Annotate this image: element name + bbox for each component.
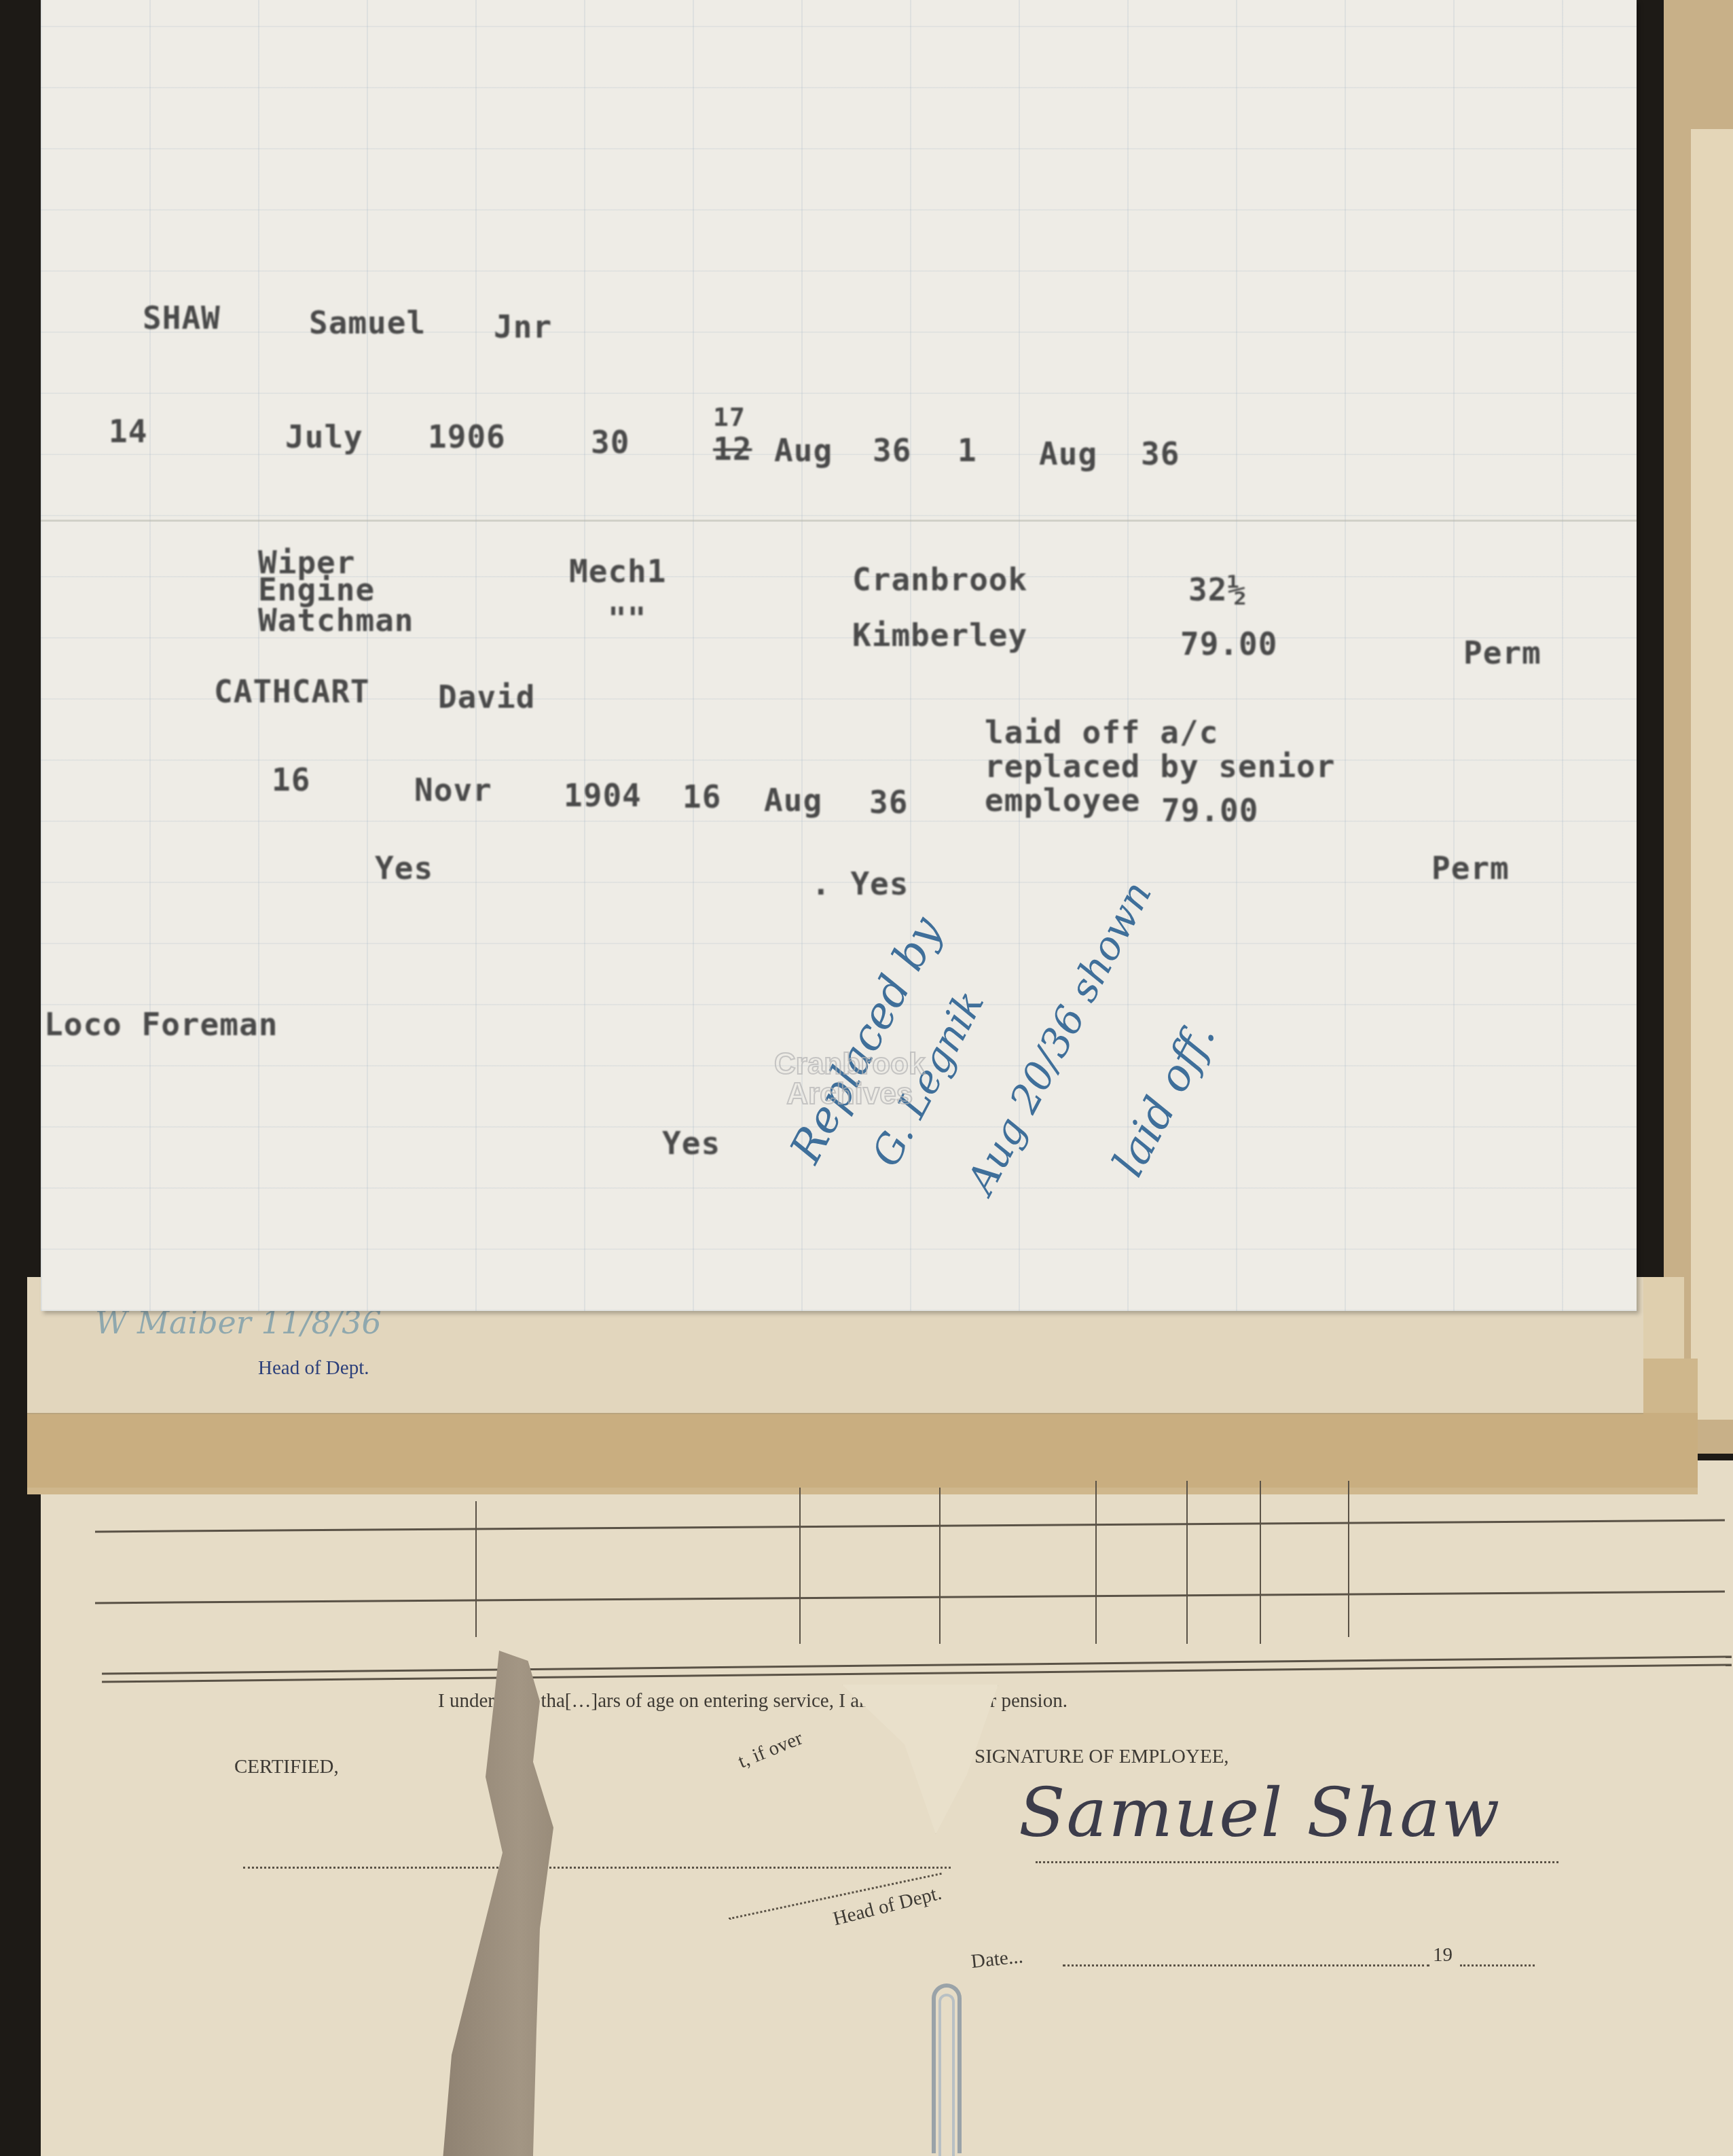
record1-entered-year: 36 [873,435,911,466]
record1-left-year: 36 [1141,438,1180,469]
record1-birth-day: 14 [109,416,147,447]
employee-signature: Samuel Shaw [1019,1773,1501,1852]
record1-department: Mech1 [569,556,666,587]
certified-signature-line[interactable] [243,1867,951,1869]
record1-birth-month: July [285,421,363,452]
form-column-divider [1348,1481,1349,1637]
archive-watermark: Cranbrook Archives [774,1049,925,1109]
employee-signature-line[interactable] [1036,1861,1558,1863]
record2-surname: CATHCART [214,676,370,707]
record2-left-month: Aug [764,785,822,816]
record1-location-2: Kimberley [852,619,1027,651]
form-column-divider [1095,1481,1097,1644]
date-year-field[interactable] [1460,1964,1535,1966]
record2-status: Perm [1431,852,1510,884]
record1-entered-day-original: 12 [713,433,752,465]
fold-crease [41,520,1637,522]
record1-suffix: Jnr [494,311,552,342]
record1-rate-2: 79.00 [1180,628,1277,660]
date-year-prefix: 19 [1433,1944,1453,1966]
record2-reason-line2: replaced by senior [985,751,1336,782]
record2-given-name: David [438,681,535,713]
record2-yes-1: Yes [375,852,433,884]
form-column-divider [939,1488,941,1644]
record2-birth-month: Novr [414,774,492,806]
record1-department-ditto: "" [608,603,646,634]
paper-stack-layer [27,1413,1698,1488]
record1-status: Perm [1463,637,1542,668]
record2-reason-line3: employee [985,785,1141,816]
form-column-divider [475,1501,477,1637]
signature-of-employee-label: SIGNATURE OF EMPLOYEE, [974,1746,1229,1768]
record2-reason-line1: laid off a/c [985,717,1218,748]
form-column-divider [1260,1481,1261,1644]
record1-surname: SHAW [143,302,221,334]
recommended-by: Loco Foreman [44,1009,278,1040]
form-column-divider [1186,1481,1188,1644]
record2-birth-day: 16 [272,764,310,795]
head-of-dept-label-top: Head of Dept. [258,1357,369,1380]
date-field[interactable] [1063,1964,1429,1966]
record1-location-1: Cranbrook [852,564,1027,595]
record1-age: 30 [591,427,630,458]
record1-entered-day-corrected: 17 [713,404,746,430]
form-column-divider [799,1488,801,1644]
approved-yes: Yes [662,1128,720,1159]
certified-label: CERTIFIED, [234,1756,339,1778]
record2-rate: 79.00 [1161,795,1258,826]
folder-edge-inner [1691,129,1733,1420]
record1-left-day: 1 [957,435,977,466]
paperclip-inner-icon [938,1994,955,2156]
record1-given-name: Samuel [309,307,426,338]
record2-left-year: 36 [869,787,908,818]
record1-occupation-line2: Engine [258,574,375,605]
record2-left-day: 16 [682,781,721,812]
record2-birth-year: 1904 [564,780,642,811]
record1-birth-year: 1906 [428,421,506,452]
record2-yes-2: . Yes [811,868,909,899]
record1-left-month: Aug [1039,438,1097,469]
record1-entered-month: Aug [774,435,833,466]
record1-rate-1: 32½ [1188,574,1247,605]
record1-occupation-line3: Watchman [258,605,414,636]
